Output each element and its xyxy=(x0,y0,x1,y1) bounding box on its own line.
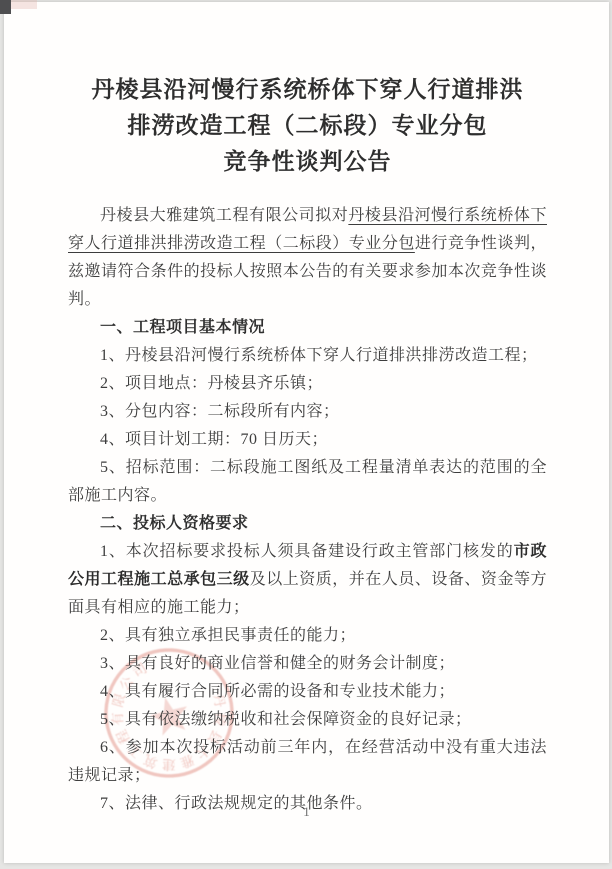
section2-item: 2、具有独立承担民事责任的能力； xyxy=(68,622,547,650)
scan-corner-smear xyxy=(11,0,37,9)
section2-item: 3、具有良好的商业信誉和健全的财务会计制度； xyxy=(68,650,547,678)
document-title-line-3: 竞争性谈判公告 xyxy=(68,144,547,180)
document-title-line-1: 丹棱县沿河慢行系统桥体下穿人行道排洪 xyxy=(68,72,547,108)
section2-item: 5、具有依法缴纳税收和社会保障资金的良好记录； xyxy=(68,706,547,734)
document-title: 丹棱县沿河慢行系统桥体下穿人行道排洪 排涝改造工程（二标段）专业分包 竞争性谈判… xyxy=(68,72,547,180)
section1-item: 1、丹棱县沿河慢行系统桥体下穿人行道排洪排涝改造工程； xyxy=(68,342,547,370)
section1-heading: 一、工程项目基本情况 xyxy=(68,314,547,342)
document-title-line-2: 排涝改造工程（二标段）专业分包 xyxy=(68,108,547,144)
page-number: 1 xyxy=(4,804,609,820)
section2-heading: 二、投标人资格要求 xyxy=(68,510,547,538)
document-body: 丹棱县大雅建筑工程有限公司拟对丹棱县沿河慢行系统桥体下穿人行道排洪排涝改造工程（… xyxy=(68,202,547,818)
qualification-text-pre: 1、本次招标要求投标人须具备建设行政主管部门核发的 xyxy=(100,543,514,560)
page-sheet: 丹棱县大雅建筑工程有限公司 丹棱县沿河慢行系统桥体下穿人行道排洪 排涝改造工程（… xyxy=(4,2,609,863)
section2-item: 4、具有履行合同所必需的设备和专业技术能力； xyxy=(68,678,547,706)
intro-text-pre: 丹棱县大雅建筑工程有限公司拟对 xyxy=(100,207,348,224)
section1-item: 4、项目计划工期：70 日历天； xyxy=(68,426,547,454)
scan-corner-artifact xyxy=(0,0,11,14)
section2-item: 6、参加本次投标活动前三年内，在经营活动中没有重大违法违规记录； xyxy=(68,734,547,790)
intro-paragraph: 丹棱县大雅建筑工程有限公司拟对丹棱县沿河慢行系统桥体下穿人行道排洪排涝改造工程（… xyxy=(68,202,547,314)
section1-item: 5、招标范围：二标段施工图纸及工程量清单表达的范围的全部施工内容。 xyxy=(68,454,547,510)
section1-item: 2、项目地点：丹棱县齐乐镇； xyxy=(68,370,547,398)
section2-item-1: 1、本次招标要求投标人须具备建设行政主管部门核发的市政公用工程施工总承包三级及以… xyxy=(68,538,547,622)
section1-item: 3、分包内容：二标段所有内容； xyxy=(68,398,547,426)
